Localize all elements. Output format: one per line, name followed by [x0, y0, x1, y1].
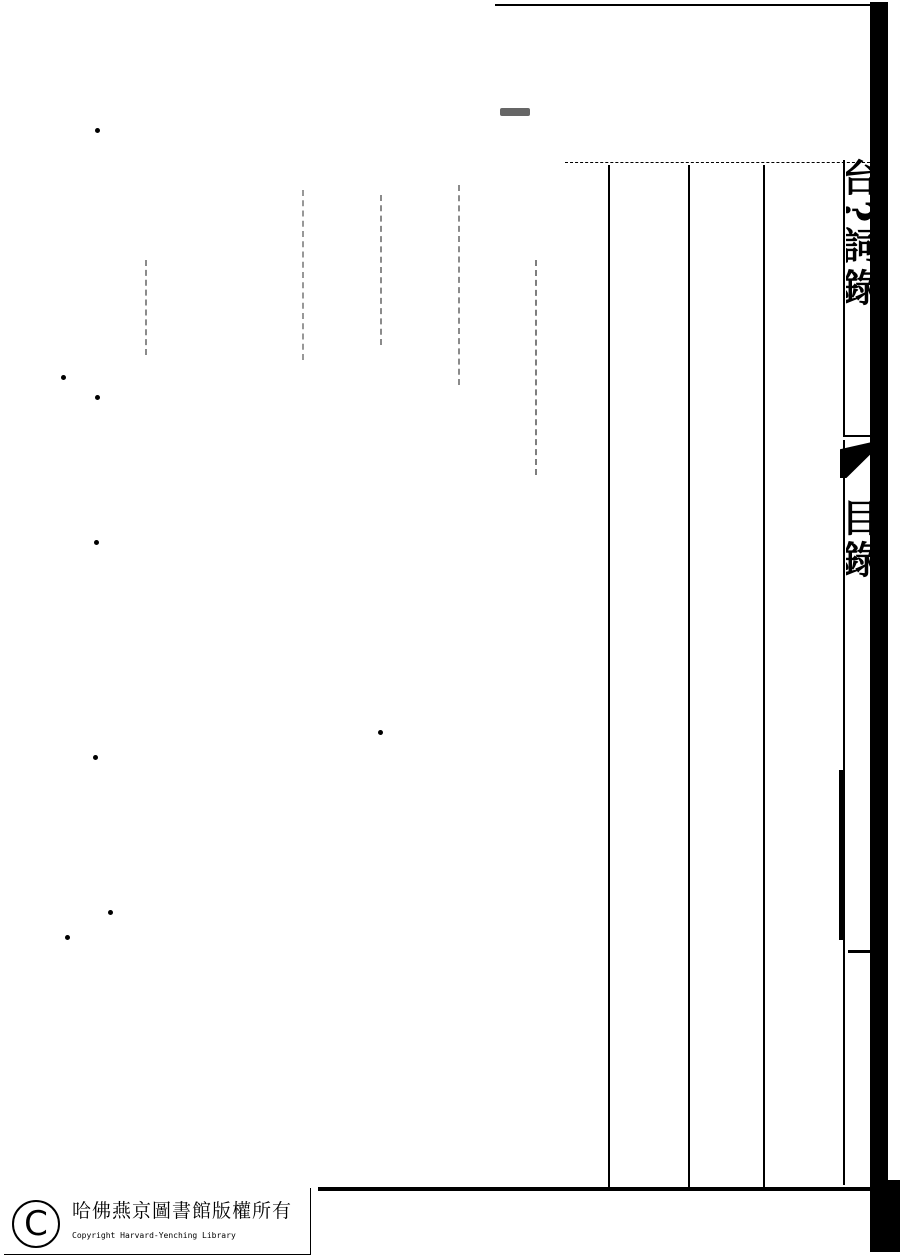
faint-column-rule	[380, 195, 382, 345]
faint-column-rule	[145, 260, 147, 355]
frame-top-border	[565, 162, 870, 163]
copyright-text-chinese: 哈佛燕京圖書館版權所有	[72, 1196, 292, 1223]
copyright-icon: C	[12, 1200, 60, 1248]
ink-speck	[94, 540, 99, 545]
title-slip-text: 台?詞錄	[846, 158, 876, 398]
column-rule	[688, 165, 690, 1190]
page-top-edge	[495, 4, 870, 6]
column-rule-heavy	[839, 770, 844, 940]
ink-speck	[93, 755, 98, 760]
frame-bottom-border	[318, 1187, 890, 1191]
ink-speck	[61, 375, 66, 380]
faint-column-rule	[535, 260, 537, 475]
column-rule	[608, 165, 610, 1190]
copyright-text-english: Copyright Harvard-Yenching Library	[72, 1231, 236, 1240]
ink-smudge	[500, 108, 530, 116]
column-rule	[763, 165, 765, 1190]
faint-column-rule	[302, 190, 304, 360]
faint-column-rule	[458, 185, 460, 385]
ink-speck	[378, 730, 383, 735]
tick-mark	[848, 950, 872, 953]
ink-speck	[95, 128, 100, 133]
section-title-text: 目錄	[846, 498, 876, 608]
ink-speck	[108, 910, 113, 915]
ink-speck	[95, 395, 100, 400]
ink-speck	[65, 935, 70, 940]
